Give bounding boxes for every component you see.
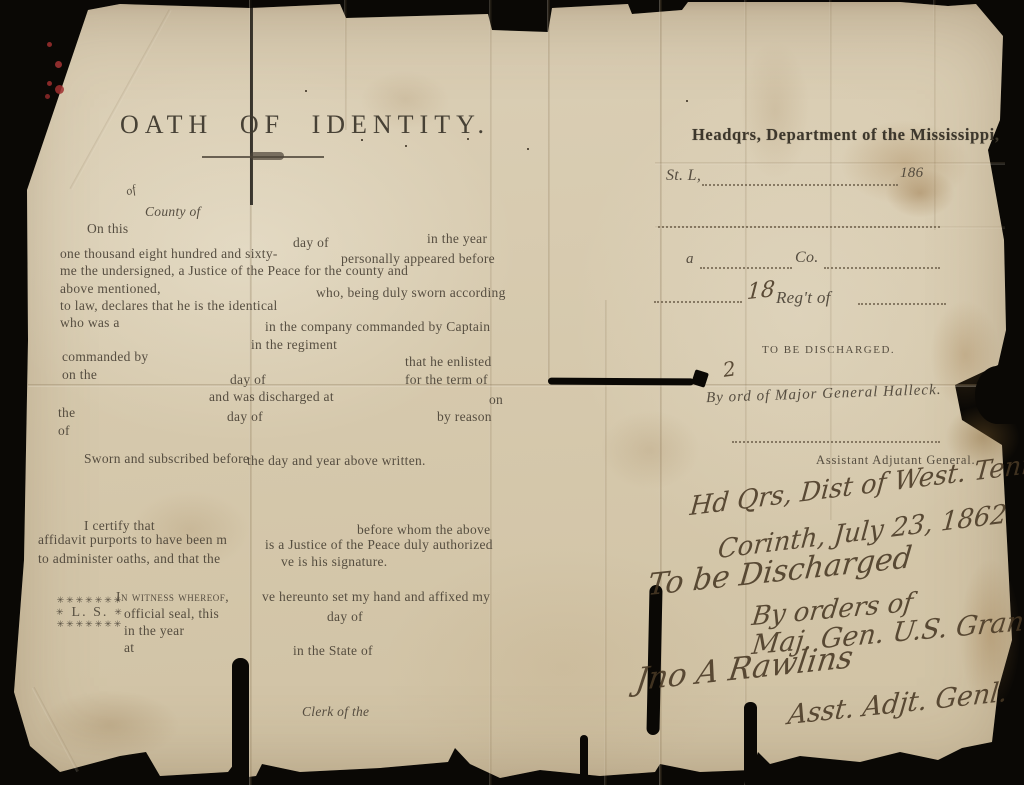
regt-label: Reg't of <box>776 288 831 308</box>
year-label: 186 <box>900 165 923 182</box>
blank-line <box>858 303 946 305</box>
by-order-line: By ord of Major General Halleck. <box>706 382 942 407</box>
blank-line <box>654 301 742 303</box>
blank-line <box>700 267 792 269</box>
a-label: a <box>686 251 694 268</box>
scanned-document: OATH OF IDENTITY. of County of On this d… <box>0 0 1024 785</box>
co-label: Co. <box>795 249 819 267</box>
blank-line <box>658 226 940 228</box>
department-header: Headqrs, Department of the Mississippi, <box>692 125 1000 145</box>
discharge-order: Headqrs, Department of the Mississippi, … <box>0 0 1024 785</box>
pen-mark: 2 <box>721 356 737 382</box>
handwriting-signature: Jno A Rawlins <box>633 639 855 699</box>
discharge-label: TO BE DISCHARGED. <box>762 344 895 356</box>
handwriting-line: Asst. Adjt. Genl. <box>786 677 1009 732</box>
signature-line <box>732 441 940 443</box>
blank-line <box>702 184 898 186</box>
regiment-number-handwritten: 18 <box>746 277 776 305</box>
blank-line <box>824 267 940 269</box>
place-label: St. L, <box>666 167 701 185</box>
